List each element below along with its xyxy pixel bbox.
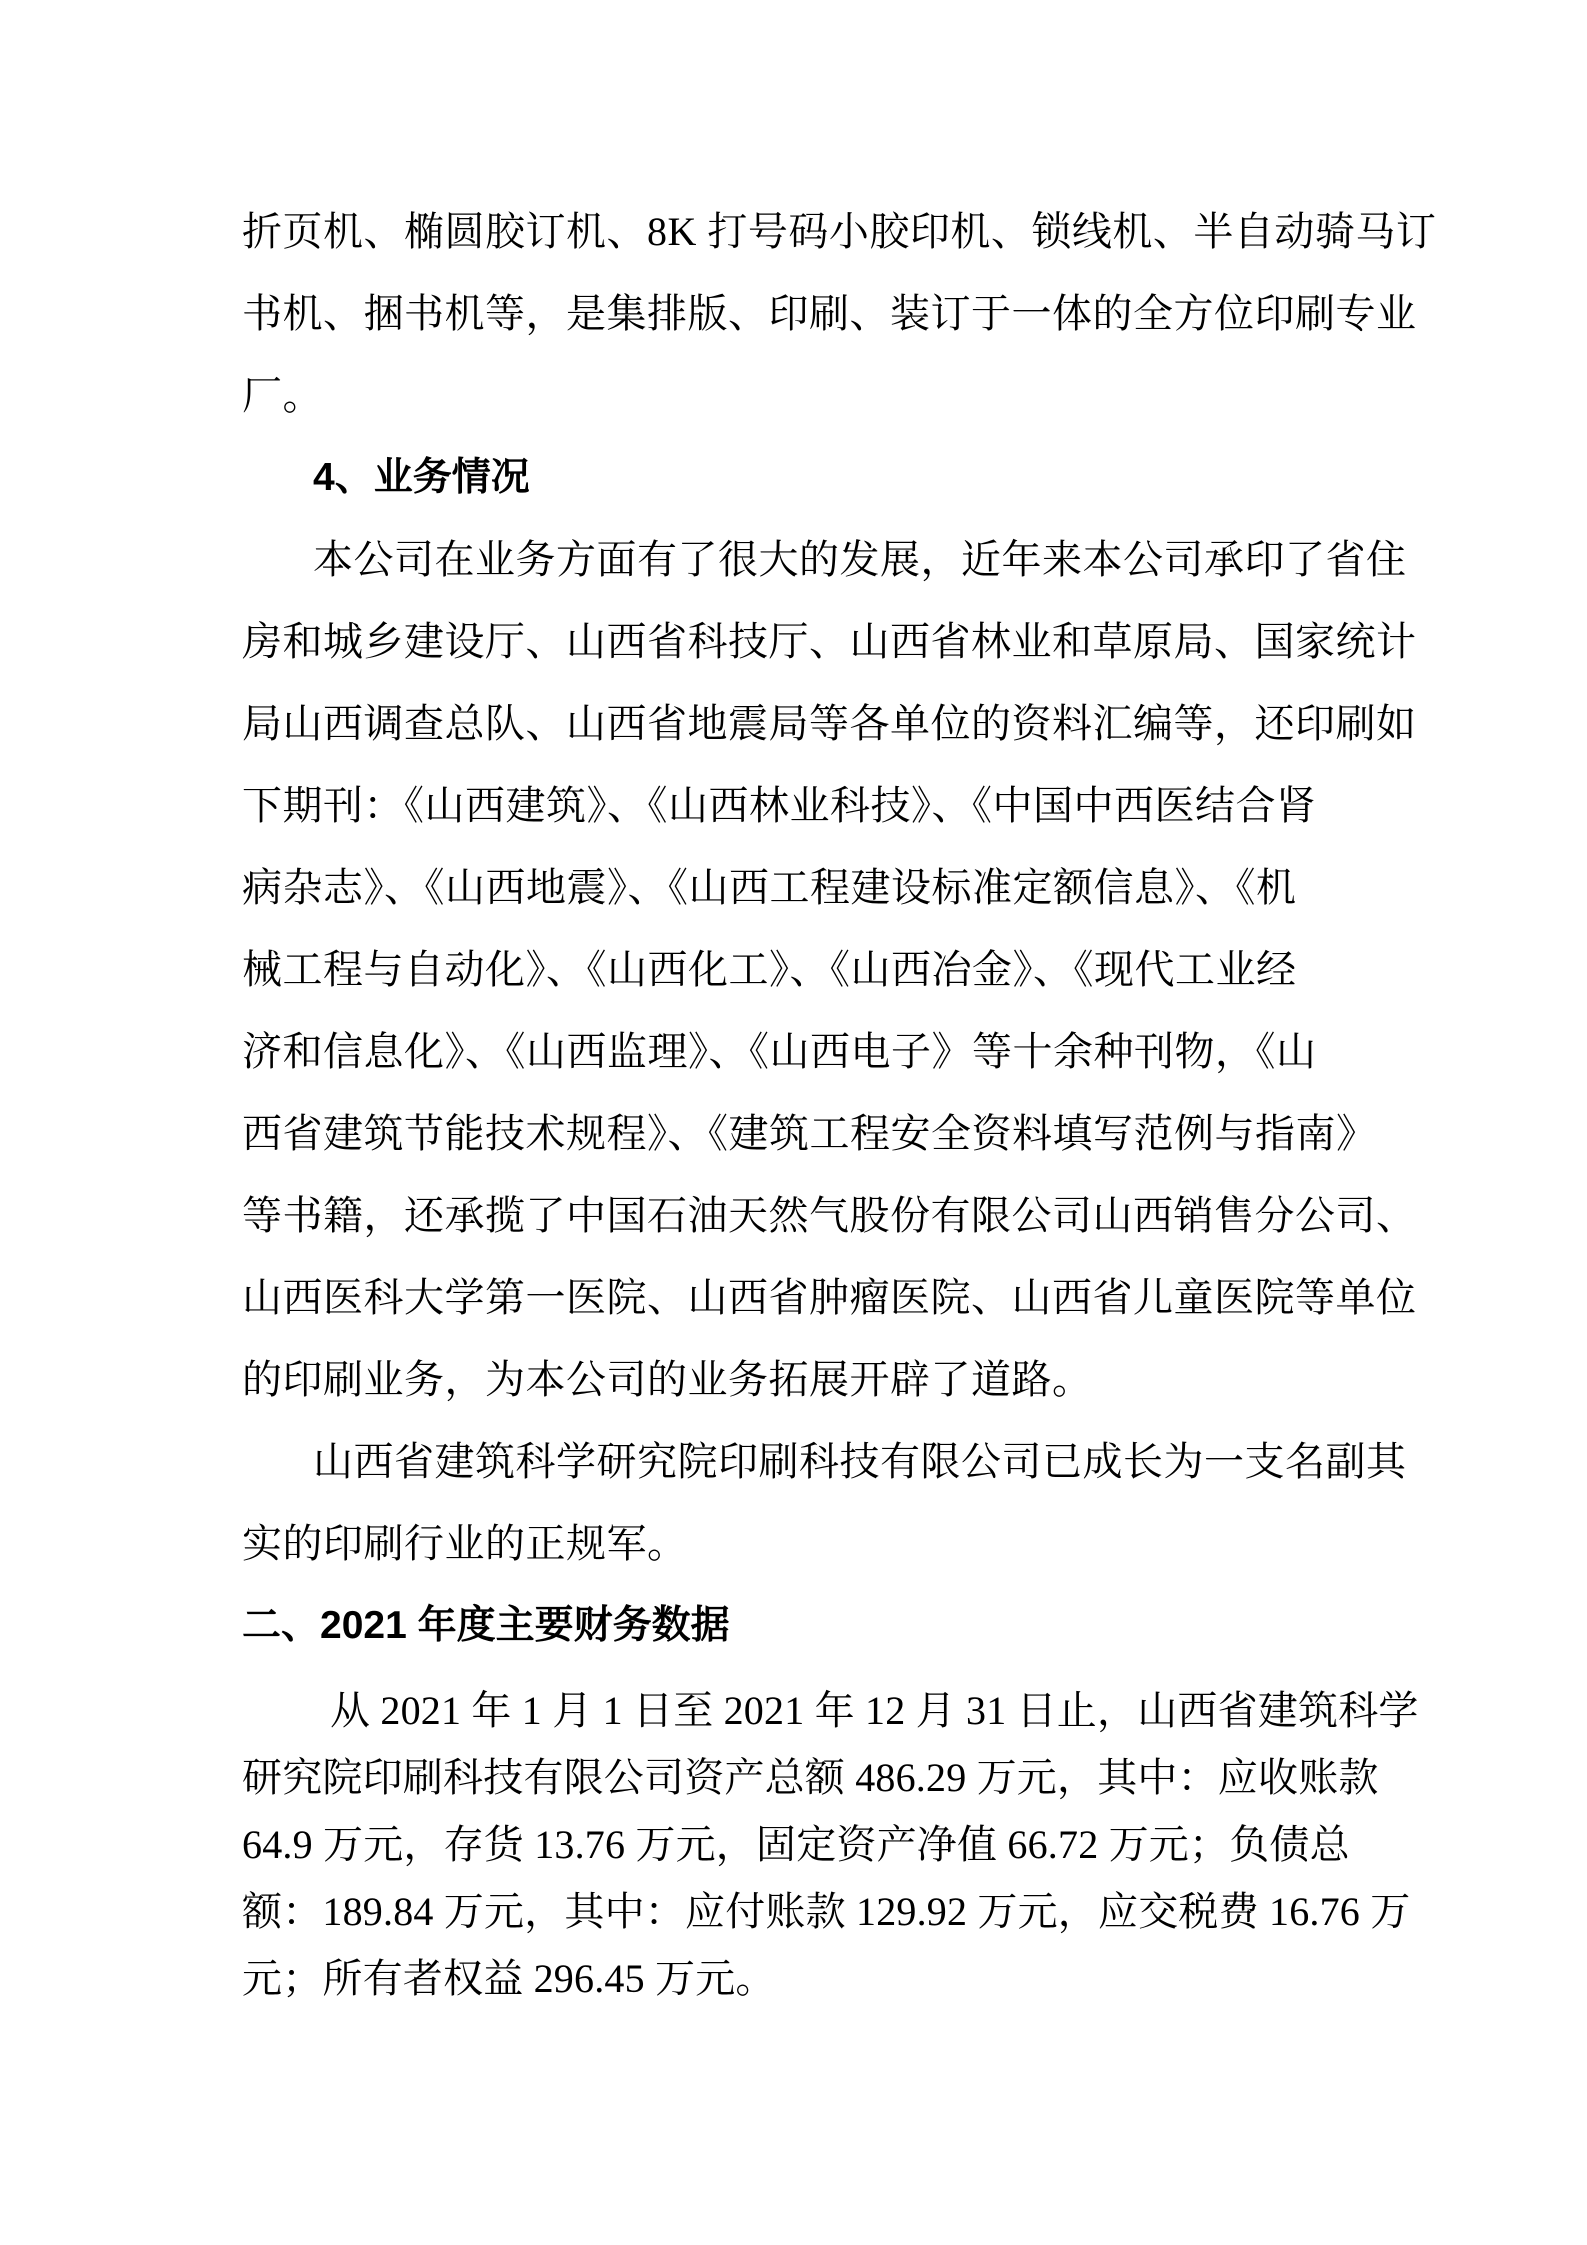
- text-line: 山西医科大学第一医院、山西省肿瘤医院、山西省儿童医院等单位: [242, 1257, 1332, 1339]
- text-line: 山西省建筑科学研究院印刷科技有限公司已成长为一支名副其: [242, 1421, 1332, 1503]
- text-line: 额：189.84 万元，其中：应付账款 129.92 万元，应交税费 16.76…: [242, 1878, 1332, 1945]
- text-line: 实的印刷行业的正规军。: [242, 1503, 1332, 1585]
- section-heading-finance: 二、2021 年度主要财务数据: [242, 1585, 1332, 1667]
- text-line: 从 2021 年 1 月 1 日至 2021 年 12 月 31 日止，山西省建…: [242, 1677, 1332, 1744]
- document-page: 折页机、椭圆胶订机、8K 打号码小胶印机、锁线机、半自动骑马订 书机、捆书机等，…: [0, 0, 1587, 2245]
- text-line: 的印刷业务，为本公司的业务拓展开辟了道路。: [242, 1339, 1332, 1421]
- paragraph-finance: 从 2021 年 1 月 1 日至 2021 年 12 月 31 日止，山西省建…: [242, 1677, 1332, 2012]
- text-line: 局山西调查总队、山西省地震局等各单位的资料汇编等，还印刷如: [242, 683, 1332, 765]
- text-line: 械工程与自动化》、《山西化工》、《山西冶金》、《现代工业经: [242, 929, 1332, 1011]
- section-heading-business: 4、业务情况: [242, 437, 1332, 519]
- paragraph-business: 本公司在业务方面有了很大的发展，近年来本公司承印了省住 房和城乡建设厅、山西省科…: [242, 519, 1332, 1421]
- text-line: 折页机、椭圆胶订机、8K 打号码小胶印机、锁线机、半自动骑马订: [242, 191, 1332, 273]
- text-line: 房和城乡建设厅、山西省科技厅、山西省林业和草原局、国家统计: [242, 601, 1332, 683]
- paragraph-growth: 山西省建筑科学研究院印刷科技有限公司已成长为一支名副其 实的印刷行业的正规军。: [242, 1421, 1332, 1585]
- text-line: 济和信息化》、《山西监理》、《山西电子》等十余种刊物，《山: [242, 1011, 1332, 1093]
- text-line: 本公司在业务方面有了很大的发展，近年来本公司承印了省住: [242, 519, 1332, 601]
- text-line: 病杂志》、《山西地震》、《山西工程建设标准定额信息》、《机: [242, 847, 1332, 929]
- text-line: 64.9 万元，存货 13.76 万元，固定资产净值 66.72 万元；负债总: [242, 1811, 1332, 1878]
- text-line: 下期刊：《山西建筑》、《山西林业科技》、《中国中西医结合肾: [242, 765, 1332, 847]
- paragraph-machines: 折页机、椭圆胶订机、8K 打号码小胶印机、锁线机、半自动骑马订 书机、捆书机等，…: [242, 191, 1332, 437]
- text-line: 厂。: [242, 355, 1332, 437]
- text-line: 研究院印刷科技有限公司资产总额 486.29 万元，其中：应收账款: [242, 1744, 1332, 1811]
- text-line: 元；所有者权益 296.45 万元。: [242, 1945, 1332, 2012]
- text-line: 西省建筑节能技术规程》、《建筑工程安全资料填写范例与指南》: [242, 1093, 1332, 1175]
- document-content: 折页机、椭圆胶订机、8K 打号码小胶印机、锁线机、半自动骑马订 书机、捆书机等，…: [242, 191, 1332, 2012]
- text-line: 等书籍，还承揽了中国石油天然气股份有限公司山西销售分公司、: [242, 1175, 1332, 1257]
- text-line: 书机、捆书机等，是集排版、印刷、装订于一体的全方位印刷专业: [242, 273, 1332, 355]
